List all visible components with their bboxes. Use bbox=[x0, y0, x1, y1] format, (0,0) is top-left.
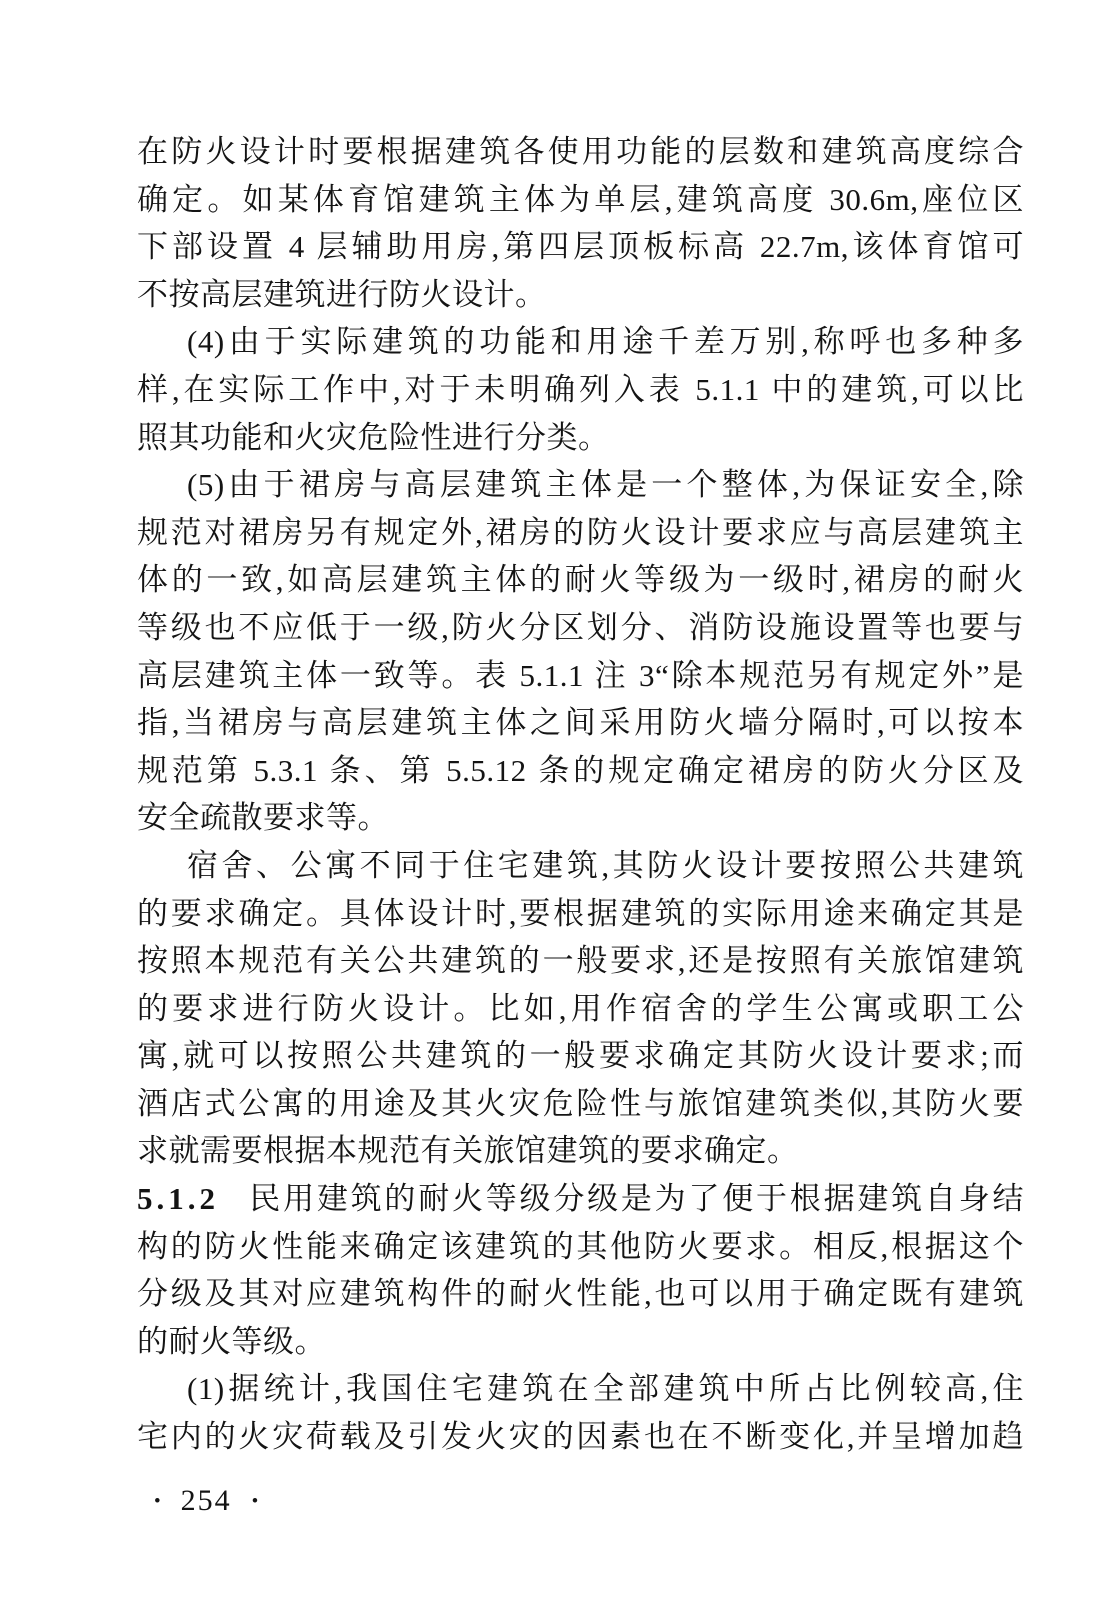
footer-right-dot: • bbox=[252, 1492, 259, 1511]
text-line: 在防火设计时要根据建筑各使用功能的层数和建筑高度综合 bbox=[137, 128, 1024, 176]
text-line: 按照本规范有关公共建筑的一般要求,还是按照有关旅馆建筑 bbox=[137, 937, 1024, 985]
text-line: 不按高层建筑进行防火设计。 bbox=[137, 271, 1024, 319]
text-line: 样,在实际工作中,对于未明确列入表 5.1.1 中的建筑,可以比 bbox=[137, 366, 1024, 414]
text-line: 酒店式公寓的用途及其火灾危险性与旅馆建筑类似,其防火要 bbox=[137, 1080, 1024, 1128]
text-line: 宅内的火灾荷载及引发火灾的因素也在不断变化,并呈增加趋 bbox=[137, 1413, 1024, 1461]
text-line: 体的一致,如高层建筑主体的耐火等级为一级时,裙房的耐火 bbox=[137, 556, 1024, 604]
text-line: 安全疏散要求等。 bbox=[137, 794, 1024, 842]
page-footer: • 254 • bbox=[154, 1484, 258, 1518]
text-line: 规范第 5.3.1 条、第 5.5.12 条的规定确定裙房的防火分区及 bbox=[137, 747, 1024, 795]
text-line: 指,当裙房与高层建筑主体之间采用防火墙分隔时,可以按本 bbox=[137, 699, 1024, 747]
text-line: 确定。如某体育馆建筑主体为单层,建筑高度 30.6m,座位区 bbox=[137, 176, 1024, 224]
text-line: 的耐火等级。 bbox=[137, 1318, 1024, 1366]
page-body: 在防火设计时要根据建筑各使用功能的层数和建筑高度综合确定。如某体育馆建筑主体为单… bbox=[137, 128, 1024, 1461]
section-text: 民用建筑的耐火等级分级是为了便于根据建筑自身结 bbox=[247, 1181, 1024, 1216]
text-line: 照其功能和火灾危险性进行分类。 bbox=[137, 414, 1024, 462]
footer-left-dot: • bbox=[154, 1492, 161, 1511]
text-line: (5)由于裙房与高层建筑主体是一个整体,为保证安全,除 bbox=[137, 461, 1024, 509]
text-line: 高层建筑主体一致等。表 5.1.1 注 3“除本规范另有规定外”是 bbox=[137, 652, 1024, 700]
text-line: 规范对裙房另有规定外,裙房的防火设计要求应与高层建筑主 bbox=[137, 509, 1024, 557]
text-line: 宿舍、公寓不同于住宅建筑,其防火设计要按照公共建筑 bbox=[137, 842, 1024, 890]
page-number: 254 bbox=[181, 1484, 232, 1518]
text-line: (1)据统计,我国住宅建筑在全部建筑中所占比例较高,住 bbox=[137, 1365, 1024, 1413]
text-line: 寓,就可以按照公共建筑的一般要求确定其防火设计要求;而 bbox=[137, 1032, 1024, 1080]
text-line: 下部设置 4 层辅助用房,第四层顶板标高 22.7m,该体育馆可 bbox=[137, 223, 1024, 271]
text-line: 构的防火性能来确定该建筑的其他防火要求。相反,根据这个 bbox=[137, 1223, 1024, 1271]
text-line: 等级也不应低于一级,防火分区划分、消防设施设置等也要与 bbox=[137, 604, 1024, 652]
text-line: 的要求确定。具体设计时,要根据建筑的实际用途来确定其是 bbox=[137, 890, 1024, 938]
text-line: (4)由于实际建筑的功能和用途千差万别,称呼也多种多 bbox=[137, 318, 1024, 366]
section-number: 5.1.2 bbox=[137, 1181, 219, 1216]
text-line: 的要求进行防火设计。比如,用作宿舍的学生公寓或职工公 bbox=[137, 985, 1024, 1033]
text-line: 5.1.2民用建筑的耐火等级分级是为了便于根据建筑自身结 bbox=[137, 1175, 1024, 1223]
text-line: 求就需要根据本规范有关旅馆建筑的要求确定。 bbox=[137, 1127, 1024, 1175]
text-line: 分级及其对应建筑构件的耐火性能,也可以用于确定既有建筑 bbox=[137, 1270, 1024, 1318]
